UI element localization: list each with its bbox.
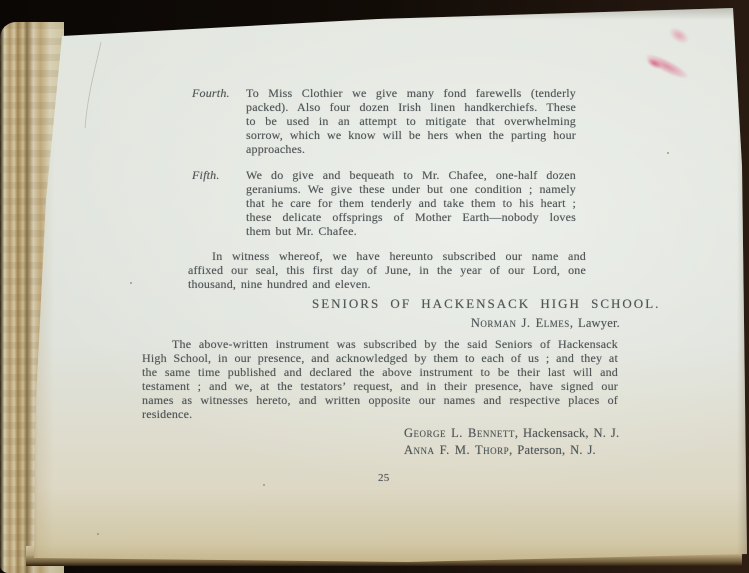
- text-line: High School, in our presence, and acknow…: [142, 351, 618, 365]
- text-line: that he care for them tenderly and take …: [246, 196, 576, 210]
- will-item-fourth-label: Fourth.: [192, 86, 230, 100]
- witness-signature: Anna F. M. Thorp, Paterson, N. J.: [404, 443, 596, 457]
- will-item-fourth-text: To Miss Clothier we give many fond farew…: [246, 86, 576, 156]
- paper-speck: [667, 152, 669, 154]
- page-number: 25: [378, 471, 389, 485]
- will-item-fifth-text: We do give and bequeath to Mr. Chafee, o…: [246, 168, 576, 238]
- text-line: names as witnesses hereto, and written o…: [142, 393, 618, 407]
- lawyer-signature-name: Norman J. Elmes: [471, 316, 570, 330]
- witness-name: Anna F. M. Thorp: [404, 443, 509, 457]
- photo-of-book-page: Fourth. To Miss Clothier we give many fo…: [0, 0, 749, 573]
- text-line: sorrow, which we know will be hers when …: [246, 128, 576, 142]
- text-line: packed). Also four dozen Irish linen han…: [246, 100, 576, 114]
- paper-speck: [130, 282, 132, 284]
- lawyer-signature: Norman J. Elmes, Lawyer.: [420, 316, 620, 330]
- printed-text-layer: Fourth. To Miss Clothier we give many fo…: [0, 0, 749, 573]
- text-line: to be used in an attempt to mitigate tha…: [246, 114, 576, 128]
- text-line: thousand, nine hundred and eleven.: [188, 277, 586, 291]
- text-line: the same time published and declared the…: [142, 365, 618, 379]
- witness-name: George L. Bennett: [404, 426, 515, 440]
- text-line: In witness whereof, we have hereunto sub…: [188, 249, 586, 263]
- will-item-fifth-label: Fifth.: [192, 168, 220, 182]
- text-line: We do give and bequeath to Mr. Chafee, o…: [246, 168, 576, 182]
- text-line: geraniums. We give these under but one c…: [246, 182, 576, 196]
- text-line: them but Mr. Chafee.: [246, 224, 576, 238]
- paper-speck: [97, 533, 99, 535]
- text-line: To Miss Clothier we give many fond farew…: [246, 86, 576, 100]
- text-line: testament ; and we, at the testators’ re…: [142, 379, 618, 393]
- witness-clause-paragraph: In witness whereof, we have hereunto sub…: [188, 249, 586, 291]
- text-line: approaches.: [246, 142, 576, 156]
- witness-residence: , Hackensack, N. J.: [515, 426, 619, 440]
- witness-residence: , Paterson, N. J.: [509, 443, 596, 457]
- lawyer-signature-title: , Lawyer.: [570, 316, 620, 330]
- text-line: these delicate offsprings of Mother Eart…: [246, 210, 576, 224]
- attestation-paragraph: The above-written instrument was subscri…: [142, 337, 618, 421]
- school-signature: SENIORS OF HACKENSACK HIGH SCHOOL.: [312, 297, 660, 311]
- text-line: residence.: [142, 407, 618, 421]
- witness-signature: George L. Bennett, Hackensack, N. J.: [404, 426, 619, 440]
- text-line: The above-written instrument was subscri…: [142, 337, 618, 351]
- text-line: affixed our seal, this first day of June…: [188, 263, 586, 277]
- paper-speck: [263, 484, 265, 486]
